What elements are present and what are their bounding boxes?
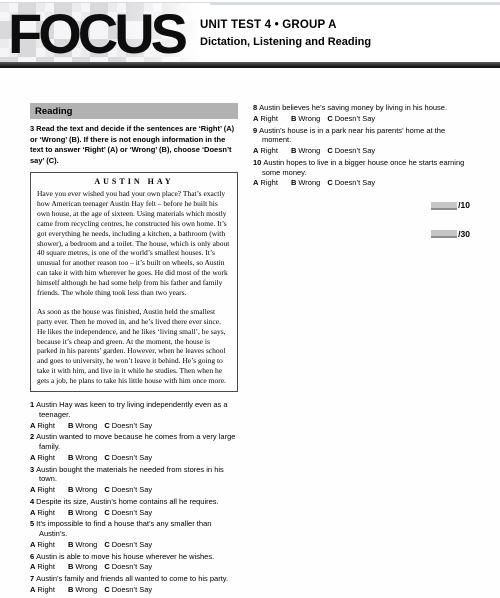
question-item: 6Austin is able to move his house wherev…: [30, 552, 238, 573]
option-c: CDoesn’t Say: [104, 562, 152, 571]
score-max-value: /30: [458, 230, 470, 239]
score-max-value: /10: [458, 201, 470, 210]
option-c: CDoesn’t Say: [327, 146, 375, 155]
answer-options: ARightBWrongCDoesn’t Say: [30, 562, 238, 572]
question-number: 5: [30, 519, 34, 528]
question-text: 2Austin wanted to move because he comes …: [30, 432, 238, 452]
option-c: CDoesn’t Say: [104, 453, 152, 462]
answer-options: ARightBWrongCDoesn’t Say: [30, 421, 238, 431]
option-b: BWrong: [68, 540, 97, 549]
option-a: ARight: [30, 585, 55, 594]
left-column: Reading 3Read the text and decide if the…: [30, 103, 238, 597]
reading-passage: AUSTIN HAY Have you ever wished you had …: [30, 172, 238, 392]
header-titles: UNIT TEST 4 • GROUP A Dictation, Listeni…: [200, 19, 371, 48]
answer-options: ARightBWrongCDoesn’t Say: [30, 540, 238, 550]
option-b: BWrong: [68, 453, 97, 462]
right-column: 8Austin believes he’s saving money by li…: [253, 103, 470, 597]
option-a: ARight: [253, 114, 278, 123]
passage-title: AUSTIN HAY: [37, 177, 231, 188]
answer-options: ARightBWrongCDoesn’t Say: [30, 585, 238, 595]
questions-1-7: 1Austin Hay was keen to try living indep…: [30, 400, 238, 595]
instruction-text: Read the text and decide if the sentence…: [30, 124, 234, 165]
option-a: ARight: [30, 508, 55, 517]
option-c: CDoesn’t Say: [104, 540, 152, 549]
question-item: 5It’s impossible to find a house that’s …: [30, 519, 238, 549]
question-item: 10Austin hopes to live in a bigger house…: [253, 158, 470, 188]
question-number: 9: [253, 126, 257, 135]
option-a: ARight: [253, 146, 278, 155]
test-subtitle: Dictation, Listening and Reading: [200, 36, 371, 48]
answer-options: ARightBWrongCDoesn’t Say: [253, 178, 470, 188]
question-text: 8Austin believes he’s saving money by li…: [253, 103, 470, 113]
reading-section-header: Reading: [30, 103, 238, 119]
question-item: 2Austin wanted to move because he comes …: [30, 432, 238, 462]
option-c: CDoesn’t Say: [104, 485, 152, 494]
score-field-exercise: /10: [253, 201, 470, 210]
option-c: CDoesn’t Say: [327, 114, 375, 123]
score-blank: [431, 230, 457, 238]
question-item: 9Austin’s house is in a park near his pa…: [253, 126, 470, 156]
option-c: CDoesn’t Say: [104, 508, 152, 517]
option-b: BWrong: [68, 485, 97, 494]
question-number: 7: [30, 574, 34, 583]
question-text: 6Austin is able to move his house wherev…: [30, 552, 238, 562]
option-a: ARight: [253, 178, 278, 187]
option-c: CDoesn’t Say: [104, 421, 152, 430]
page-header: FOCUS UNIT TEST 4 • GROUP A Dictation, L…: [0, 0, 500, 68]
option-b: BWrong: [68, 421, 97, 430]
option-a: ARight: [30, 453, 55, 462]
option-b: BWrong: [291, 178, 320, 187]
option-b: BWrong: [291, 146, 320, 155]
answer-options: ARightBWrongCDoesn’t Say: [253, 114, 470, 124]
option-b: BWrong: [291, 114, 320, 123]
question-text: 3Austin bought the materials he needed f…: [30, 465, 238, 485]
question-item: 7Austin’s family and friends all wanted …: [30, 574, 238, 595]
option-a: ARight: [30, 485, 55, 494]
question-item: 8Austin believes he’s saving money by li…: [253, 103, 470, 124]
question-number: 10: [253, 158, 261, 167]
question-number: 1: [30, 400, 34, 409]
question-text: 5It’s impossible to find a house that’s …: [30, 519, 238, 539]
option-b: BWrong: [68, 562, 97, 571]
option-c: CDoesn’t Say: [104, 585, 152, 594]
answer-options: ARightBWrongCDoesn’t Say: [253, 146, 470, 156]
passage-paragraph: As soon as the house was finished, Austi…: [37, 307, 231, 386]
option-b: BWrong: [68, 508, 97, 517]
question-item: 4Despite its size, Austin’s home contain…: [30, 497, 238, 518]
question-number: 4: [30, 497, 34, 506]
unit-test-title: UNIT TEST 4 • GROUP A: [200, 19, 371, 31]
questions-8-10: 8Austin believes he’s saving money by li…: [253, 103, 470, 188]
question-text: 10Austin hopes to live in a bigger house…: [253, 158, 470, 178]
question-text: 9Austin’s house is in a park near his pa…: [253, 126, 470, 146]
answer-options: ARightBWrongCDoesn’t Say: [30, 508, 238, 518]
question-text: 4Despite its size, Austin’s home contain…: [30, 497, 238, 507]
option-a: ARight: [30, 540, 55, 549]
option-b: BWrong: [68, 585, 97, 594]
score-field-total: /30: [253, 230, 470, 239]
question-item: 1Austin Hay was keen to try living indep…: [30, 400, 238, 430]
option-a: ARight: [30, 421, 55, 430]
question-item: 3Austin bought the materials he needed f…: [30, 465, 238, 495]
question-number: 2: [30, 432, 34, 441]
option-c: CDoesn’t Say: [327, 178, 375, 187]
question-text: 1Austin Hay was keen to try living indep…: [30, 400, 238, 420]
score-blank: [431, 202, 457, 210]
test-page: FOCUS UNIT TEST 4 • GROUP A Dictation, L…: [0, 0, 500, 598]
exercise-number: 3: [30, 124, 34, 133]
page-content: Reading 3Read the text and decide if the…: [30, 103, 470, 597]
question-number: 6: [30, 552, 34, 561]
answer-options: ARightBWrongCDoesn’t Say: [30, 485, 238, 495]
option-a: ARight: [30, 562, 55, 571]
exercise-instruction: 3Read the text and decide if the sentenc…: [30, 124, 238, 167]
focus-logo: FOCUS: [8, 6, 184, 62]
passage-paragraph: Have you ever wished you had your own pl…: [37, 189, 231, 298]
question-text: 7Austin’s family and friends all wanted …: [30, 574, 238, 584]
header-divider-bar: [0, 62, 500, 68]
answer-options: ARightBWrongCDoesn’t Say: [30, 453, 238, 463]
question-number: 8: [253, 103, 257, 112]
question-number: 3: [30, 465, 34, 474]
